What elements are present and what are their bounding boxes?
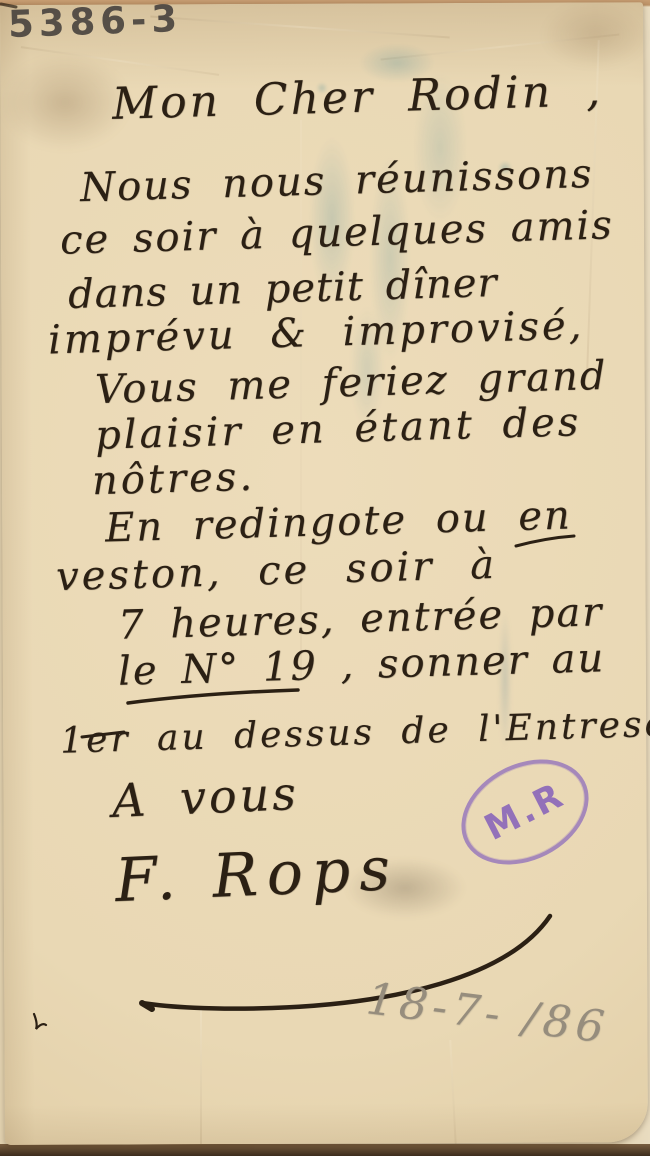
crease-line	[200, 1010, 202, 1145]
signature: F. Rops	[114, 834, 401, 916]
archive-stamp-text: M.R	[478, 775, 571, 849]
scan-bottom-edge	[0, 1144, 650, 1156]
corner-fold-shadow	[0, 55, 130, 150]
letter-scan: 5386-3 Mon Cher Rodin , Nous nous réunis…	[0, 0, 650, 1156]
catalog-number: 5386-3	[7, 0, 182, 46]
corner-fold-shadow	[540, 0, 650, 70]
closing-line: A vous	[111, 766, 300, 828]
letter-line: nôtres.	[91, 454, 255, 505]
